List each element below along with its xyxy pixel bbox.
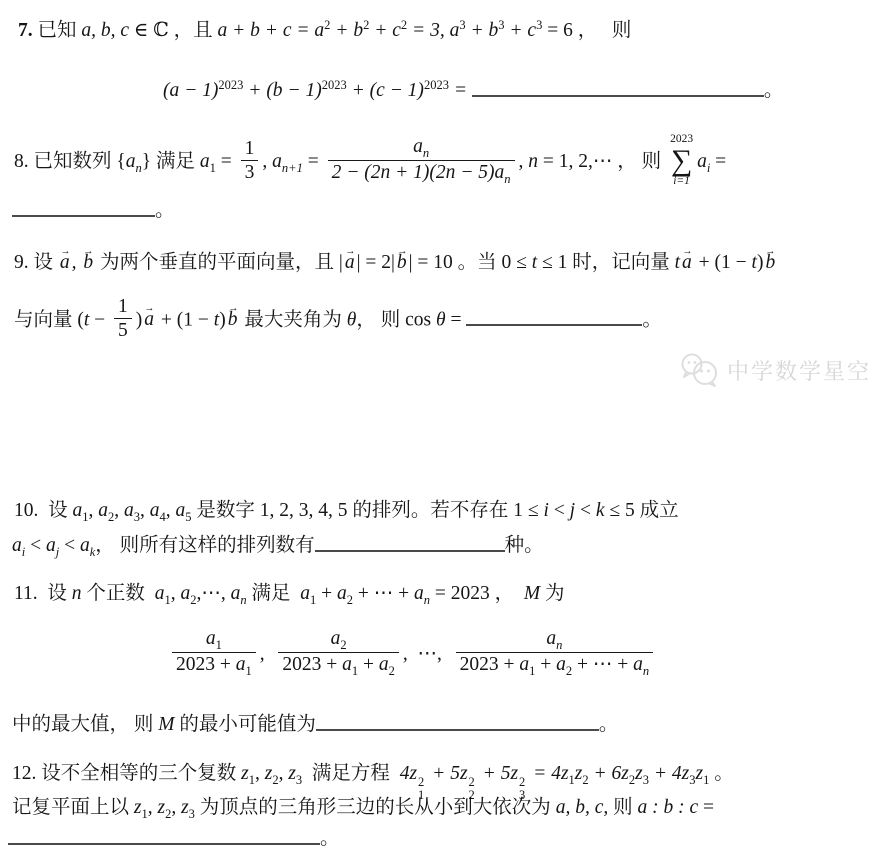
superscript: 2023 [322, 78, 347, 92]
answer-blank [12, 199, 155, 217]
text-run: + [316, 583, 337, 604]
math-run: a [236, 654, 246, 675]
text-run: , [519, 151, 529, 172]
superscript: 2 [418, 776, 424, 789]
text-run: | = 10 。当 0 ≤ [409, 252, 532, 273]
watermark-text: 中学数学星空 [727, 355, 871, 386]
fraction: 13 [241, 138, 259, 184]
fraction-denominator: 3 [241, 160, 259, 184]
answer-blank [316, 713, 599, 731]
text-run: 是数字 [192, 500, 260, 521]
problem-8-line-1: 8. 已知数列 {an} 满足 a1 = 13, an+1 = an2 − (2… [14, 136, 726, 190]
full-stop: 。 [320, 828, 340, 849]
watermark: 中学数学星空 [678, 352, 871, 388]
text-run: 满足 [247, 583, 301, 604]
math-run: = [449, 80, 472, 101]
text-run: 2023 + [460, 654, 520, 675]
text-run: cos [405, 309, 436, 330]
text-run: 的排列。若不存在 [348, 500, 514, 521]
text-run: 个正数 [82, 583, 155, 604]
problem-number: 7. [18, 20, 33, 41]
text-run: 最大夹角为 [239, 309, 346, 330]
text-run: 。 [709, 763, 733, 784]
math-run: + b [330, 20, 363, 41]
text-run: 设 [38, 500, 72, 521]
math-run: z [241, 763, 249, 784]
math-run: a, b, c [81, 20, 129, 41]
text-run: = [698, 797, 714, 818]
math-run: a [337, 583, 347, 604]
math-run: + b [466, 20, 499, 41]
superscript: 2023 [424, 78, 449, 92]
subscript: 1 [246, 664, 252, 678]
answer-blank [466, 308, 642, 326]
text-run: 满足方程 [302, 763, 400, 784]
text-run: + [535, 654, 556, 675]
math-run: θ [347, 309, 357, 330]
fraction: 15 [114, 296, 132, 342]
text-run: 为两个垂直的平面向量，且 [95, 252, 339, 273]
text-run: + [358, 654, 379, 675]
math-run: a, b, c, [556, 797, 609, 818]
text-run: , [171, 797, 181, 818]
text-run: 记复平面上以 [12, 797, 134, 818]
math-run: n [72, 583, 82, 604]
text-run: } [142, 151, 151, 172]
text-run: 已知数列 [29, 151, 117, 172]
math-run: M [524, 583, 540, 604]
math-run: k [596, 500, 605, 521]
text-run: + ⋯ + [572, 654, 633, 675]
math-run: a [633, 654, 643, 675]
subscript: 1 [216, 638, 222, 652]
vector-a: →a [60, 248, 70, 278]
math-run: z [157, 797, 165, 818]
math-run: a [300, 583, 310, 604]
full-stop: 。 [642, 309, 662, 330]
vector-arrow-icon: → [60, 236, 69, 266]
math-run: a [546, 628, 556, 649]
math-run: a [206, 628, 216, 649]
problem-number: 8. [14, 151, 29, 172]
fraction-denominator: 2023 + a1 + a2 + ⋯ + an [456, 652, 654, 678]
text-run: − [89, 309, 110, 330]
text-run: + (1 − [156, 309, 214, 330]
math-run: θ [436, 309, 446, 330]
problem-11-line-3: 中的最大值， 则 M 的最小可能值为。 [12, 710, 618, 740]
text-run: , [166, 500, 176, 521]
math-run: = 3, a [407, 20, 459, 41]
math-run: a + b + c = a [218, 20, 325, 41]
math-run: a [46, 535, 56, 556]
text-run: 2023 + [176, 654, 236, 675]
sum-lower-limit: i=1 [673, 176, 690, 188]
math-run: a [73, 500, 83, 521]
problem-7-line-2: (a − 1)2023 + (b − 1)2023 + (c − 1)2023 … [163, 70, 783, 106]
text-run: 则 [637, 151, 666, 172]
problem-12-line-3: 。 [8, 824, 340, 854]
text-run: 的最小可能值为 [175, 714, 316, 735]
math-run: n [528, 151, 538, 172]
text-run: 已知 [33, 20, 82, 41]
vector-a: →a [682, 248, 692, 278]
superscript: 2 [519, 776, 525, 789]
text-run: 设 [29, 252, 58, 273]
text-run: 满足 [151, 151, 200, 172]
vector-b: →b [765, 248, 775, 278]
math-run: + 4z [649, 763, 689, 784]
math-run: a [150, 500, 160, 521]
math-run: (a − 1) [163, 80, 218, 101]
math-run: M [158, 714, 174, 735]
fraction-numerator: 1 [114, 296, 132, 318]
text-run: 1 ≤ [513, 500, 543, 521]
problem-number: 10. [14, 500, 38, 521]
fraction-numerator: an [456, 628, 654, 652]
math-run: a [519, 654, 529, 675]
text-run: < [25, 535, 46, 556]
math-run: + c [369, 20, 401, 41]
text-run: ) [219, 309, 226, 330]
math-run: 2 − (2n + 1)(2n − 5)a [332, 162, 505, 183]
fraction-numerator: 1 [241, 138, 259, 160]
text-run: ≤ 1 时，记向量 [537, 252, 674, 273]
text-run: < [575, 500, 596, 521]
math-run: a [124, 500, 134, 521]
vector-a: →a [144, 305, 154, 335]
vector-b: →b [83, 248, 93, 278]
text-run: ,⋯, [196, 583, 230, 604]
math-run: a [200, 151, 210, 172]
fraction-numerator: an [328, 136, 515, 160]
answer-blank [315, 534, 505, 552]
text-run: 为顶点的三角形三边的长从小到大依次为 [195, 797, 556, 818]
subscript: n [556, 638, 562, 652]
math-run: a [556, 654, 566, 675]
text-run: ) [136, 309, 143, 330]
full-stop: 。 [764, 80, 784, 101]
text-run: , [140, 500, 150, 521]
text-run: = [216, 151, 237, 172]
problem-number: 12. [12, 763, 36, 784]
text-run: < [549, 500, 570, 521]
fraction-denominator: 5 [114, 318, 132, 342]
text-run: 2023 + [282, 654, 342, 675]
full-stop: 。 [155, 200, 175, 221]
fraction-numerator: a1 [172, 628, 256, 652]
math-run: a [155, 583, 165, 604]
math-worksheet-page: 7. 已知 a, b, c ∈ ℂ ，且 a + b + c = a2 + b2… [0, 0, 875, 856]
problem-11-line-1: 11. 设 n 个正数 a1, a2,⋯, an 满足 a1 + a2 + ⋯ … [14, 579, 564, 615]
math-run: t [675, 252, 680, 273]
vector-arrow-icon: → [84, 236, 93, 266]
superscript: 2023 [218, 78, 243, 92]
wechat-icon [678, 352, 720, 388]
fraction-denominator: 2023 + a1 + a2 [278, 652, 399, 678]
text-run: , [114, 500, 124, 521]
text-run: ∈ ℂ ，且 [129, 20, 217, 41]
fraction: a12023 + a1 [172, 628, 256, 678]
summation: 2023∑i=1 [670, 134, 693, 188]
subscript: 2 [340, 638, 346, 652]
text-run: 则 [608, 797, 637, 818]
text-run: 设不全相等的三个复数 [36, 763, 241, 784]
problem-10-line-2: ai < aj < ak， 则所有这样的排列数有种。 [12, 531, 544, 567]
math-run: + c [505, 20, 537, 41]
math-run: z [635, 763, 643, 784]
math-run: 4z [400, 763, 417, 784]
math-run: a [697, 151, 707, 172]
text-run: , [279, 763, 289, 784]
fraction: an2023 + a1 + a2 + ⋯ + an [456, 628, 654, 678]
math-run: + 6z [589, 763, 629, 784]
text-run: = [446, 309, 467, 330]
fraction-numerator: a2 [278, 628, 399, 652]
text-run: = 6 ， 则 [542, 20, 631, 41]
math-run: a [272, 151, 282, 172]
math-run: a [342, 654, 352, 675]
problem-11-formula: a12023 + a1, a22023 + a1 + a2, ⋯, an2023… [168, 630, 657, 680]
problem-10-line-1: 10. 设 a1, a2, a3, a4, a5 是数字 1, 2, 3, 4,… [14, 496, 679, 532]
math-run: + 5z [427, 763, 467, 784]
text-run: 与向量 ( [14, 309, 84, 330]
subscript: n [423, 146, 429, 160]
subscript: 2 [389, 664, 395, 678]
math-run: a [413, 136, 423, 157]
text-run: ) [757, 252, 764, 273]
subscript: n [643, 664, 649, 678]
math-run: a [12, 535, 22, 556]
math-run: a [80, 535, 90, 556]
vector-arrow-icon: → [683, 236, 692, 266]
sum-symbol: ∑ [671, 147, 692, 176]
answer-blank [8, 827, 320, 845]
text-run: 设 [38, 583, 72, 604]
text-run: | = 2| [357, 252, 395, 273]
vector-a: →a [345, 248, 355, 278]
text-run: + (1 − [694, 252, 752, 273]
text-run: ， 则 [356, 309, 405, 330]
text-run: ≤ 5 [605, 500, 640, 521]
fraction-denominator: 2023 + a1 [172, 652, 256, 678]
vector-arrow-icon: → [345, 236, 354, 266]
subscript: n [504, 172, 510, 186]
vector-b: →b [228, 305, 238, 335]
math-run: a [414, 583, 424, 604]
text-run: 为 [540, 583, 564, 604]
text-run: , [262, 151, 272, 172]
math-run: a [126, 151, 136, 172]
text-run: , [89, 500, 99, 521]
subscript: n+1 [282, 161, 303, 175]
math-run: = 4z [528, 763, 568, 784]
text-run: = 2023 ， [430, 583, 524, 604]
fraction-denominator: 2 − (2n + 1)(2n − 5)an [328, 160, 515, 186]
text-run: , ⋯, [403, 643, 452, 664]
math-run: z [181, 797, 189, 818]
math-run: + (b − 1) [243, 80, 321, 101]
problem-7-line-1: 7. 已知 a, b, c ∈ ℂ ，且 a + b + c = a2 + b2… [18, 10, 631, 46]
vector-arrow-icon: → [145, 293, 154, 323]
text-run: , [171, 583, 181, 604]
text-run: 中的最大值， 则 [12, 714, 158, 735]
vector-b: →b [397, 248, 407, 278]
math-run: a [231, 583, 241, 604]
answer-blank [472, 79, 764, 97]
text-run: ， 则所有这样的排列数有 [95, 535, 314, 556]
text-run: = [710, 151, 726, 172]
math-run: z [288, 763, 296, 784]
fraction: a22023 + a1 + a2 [278, 628, 399, 678]
text-run: 成立 [640, 500, 679, 521]
text-run: = 1, 2,⋯ ， [538, 151, 637, 172]
math-run: a [98, 500, 108, 521]
text-run: | [339, 252, 343, 273]
math-run: z [695, 763, 703, 784]
fraction: an2 − (2n + 1)(2n − 5)an [328, 136, 515, 186]
math-run: a : b : c [637, 797, 698, 818]
problem-8-line-2: 。 [12, 196, 175, 226]
full-stop: 。 [599, 714, 619, 735]
math-run: a [176, 500, 186, 521]
problem-9-line-2: 与向量 (t − 15)→a + (1 − t)→b 最大夹角为 θ， 则 co… [14, 298, 662, 344]
text-run: < [59, 535, 80, 556]
problem-number: 9. [14, 252, 29, 273]
math-run: , [72, 252, 82, 273]
problem-9-line-1: 9. 设 →a, →b 为两个垂直的平面向量，且 |→a| = 2|→b| = … [14, 248, 777, 278]
math-run: a [180, 583, 190, 604]
vector-arrow-icon: → [228, 293, 237, 323]
math-run: + (c − 1) [347, 80, 424, 101]
vector-arrow-icon: → [766, 236, 775, 266]
text-run: = [303, 151, 324, 172]
math-run: a [331, 628, 341, 649]
text-run: , [260, 643, 275, 664]
text-run: 1, 2, 3, 4, 5 [260, 500, 348, 521]
math-run: a [379, 654, 389, 675]
vector-arrow-icon: → [397, 236, 406, 266]
text-run: + ⋯ + [353, 583, 414, 604]
math-run: + 5z [478, 763, 518, 784]
problem-number: 11. [14, 583, 38, 604]
text-run: 种。 [505, 535, 544, 556]
text-run: { [116, 151, 125, 172]
superscript: 2 [469, 776, 475, 789]
text-run: , [255, 763, 265, 784]
